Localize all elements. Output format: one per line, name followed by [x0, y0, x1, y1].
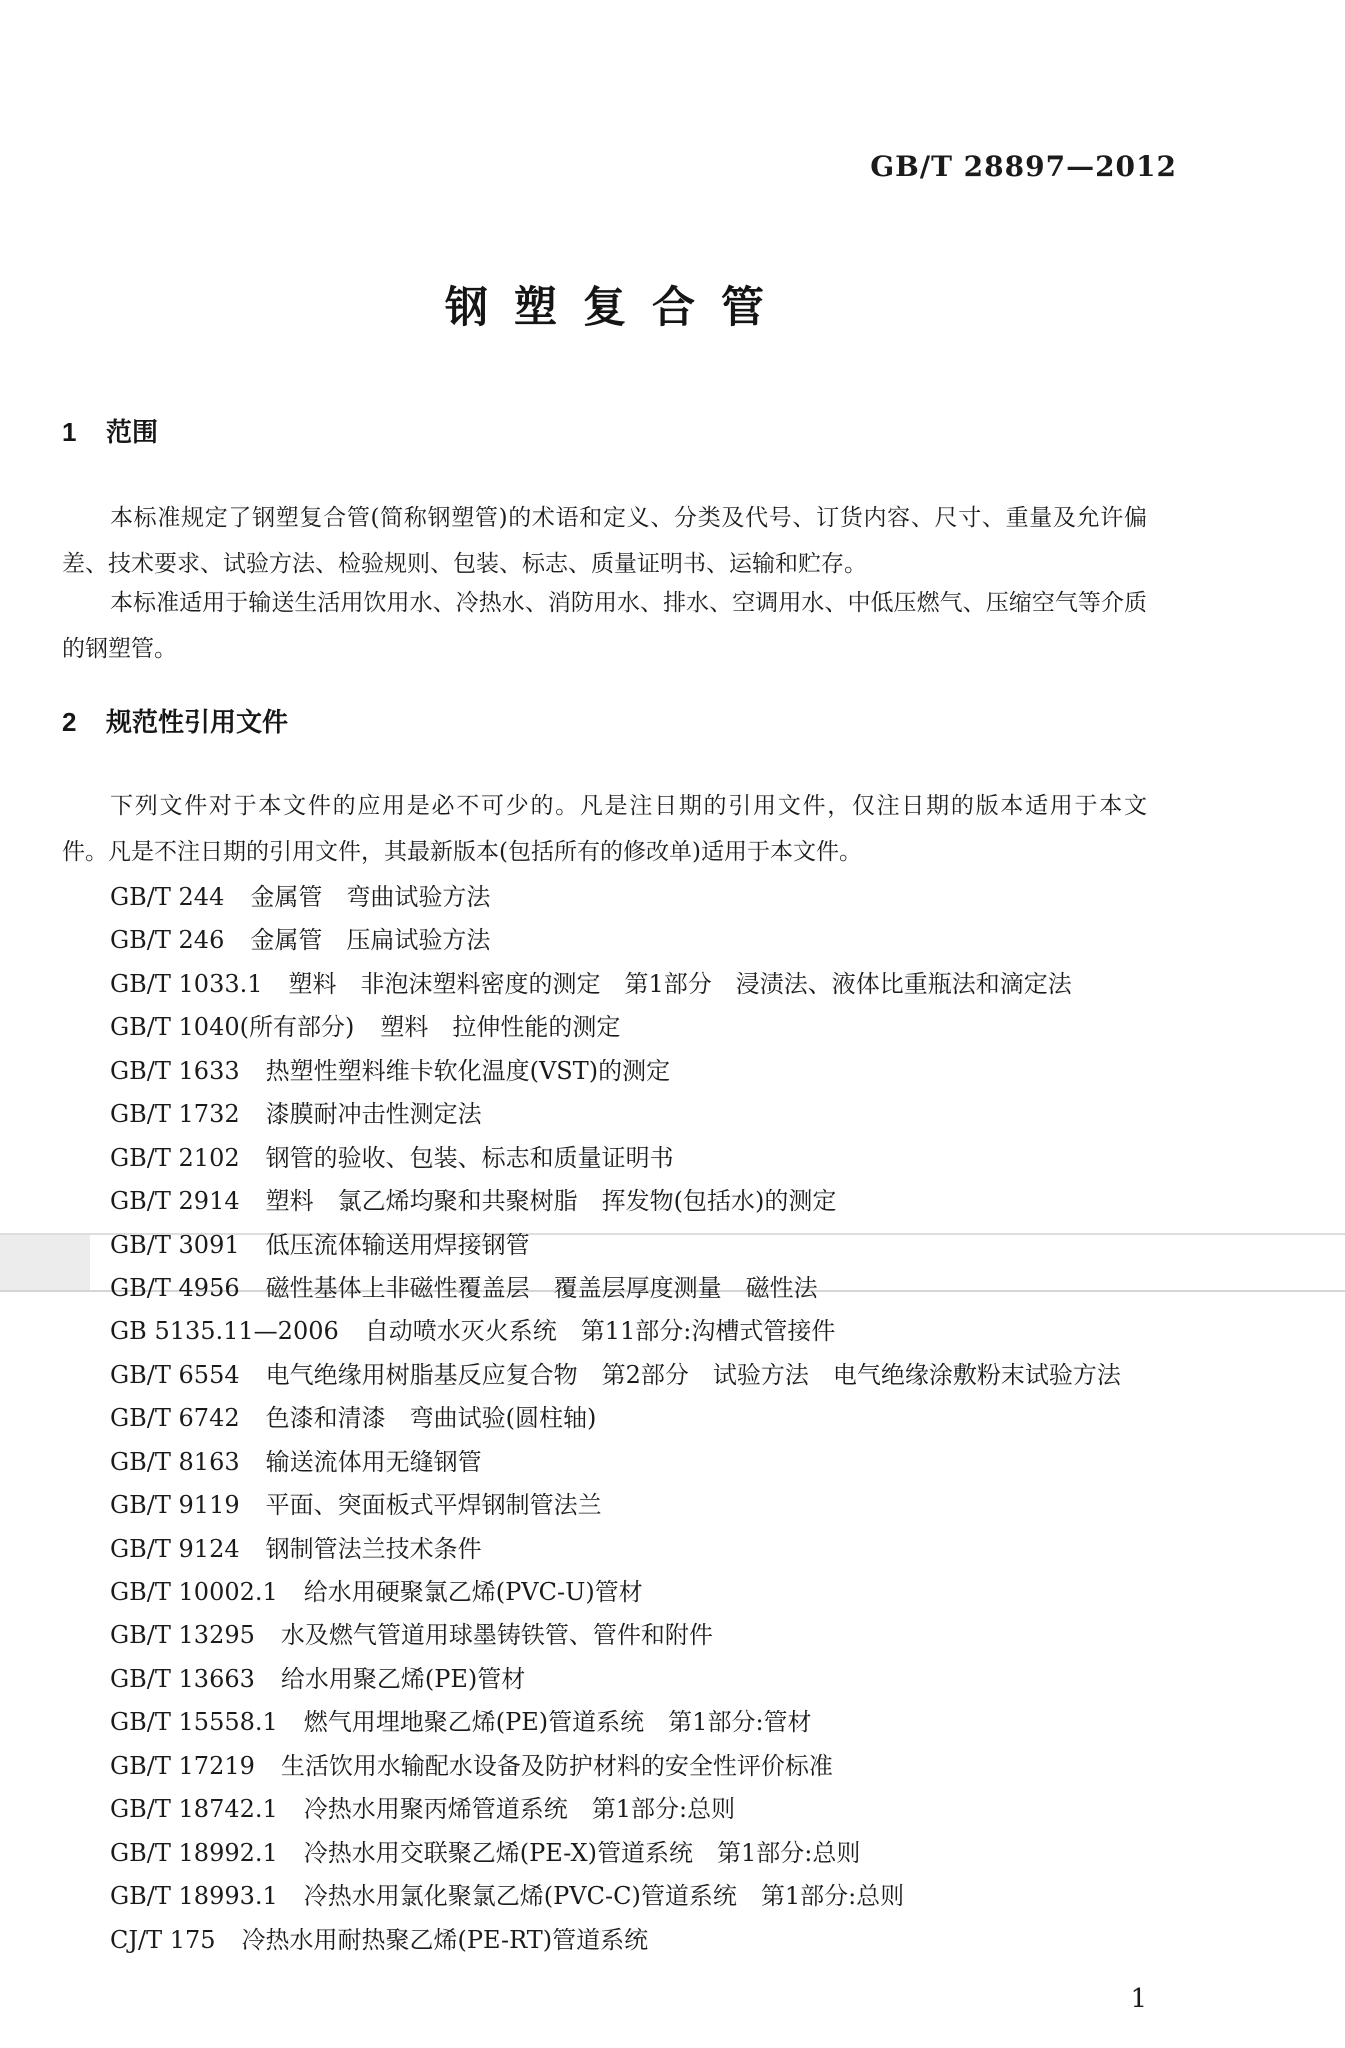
- reference-item: GB/T 1040(所有部分)塑料 拉伸性能的测定: [110, 1006, 1340, 1049]
- reference-code: GB/T 244: [110, 883, 224, 911]
- reference-title: 塑料 氯乙烯均聚和共聚树脂 挥发物(包括水)的测定: [266, 1187, 837, 1215]
- reference-code: CJ/T 175: [110, 1926, 216, 1954]
- reference-title: 塑料 拉伸性能的测定: [380, 1013, 620, 1041]
- paragraph-line: 本标准适用于输送生活用饮用水、冷热水、消防用水、排水、空调用水、中低压燃气、压缩…: [62, 580, 1147, 626]
- reference-title: 低压流体输送用焊接钢管: [266, 1231, 530, 1259]
- reference-title: 冷热水用耐热聚乙烯(PE-RT)管道系统: [242, 1926, 649, 1954]
- reference-item: GB/T 18993.1冷热水用氯化聚氯乙烯(PVC-C)管道系统 第1部分:总…: [110, 1875, 1340, 1918]
- reference-title: 燃气用埋地聚乙烯(PE)管道系统 第1部分:管材: [304, 1708, 812, 1736]
- reference-item: GB/T 3091低压流体输送用焊接钢管: [110, 1224, 1340, 1267]
- section-1-heading: 1范围: [62, 416, 1147, 448]
- reference-code: GB/T 18993.1: [110, 1882, 278, 1910]
- scan-artifact-patch: [0, 1234, 90, 1290]
- reference-code: GB/T 2102: [110, 1144, 240, 1172]
- reference-title: 磁性基体上非磁性覆盖层 覆盖层厚度测量 磁性法: [266, 1274, 818, 1302]
- reference-title: 给水用硬聚氯乙烯(PVC-U)管材: [304, 1578, 643, 1606]
- reference-title: 自动喷水灭火系统 第11部分:沟槽式管接件: [365, 1317, 836, 1345]
- reference-item: GB/T 4956磁性基体上非磁性覆盖层 覆盖层厚度测量 磁性法: [110, 1267, 1340, 1310]
- reference-code: GB 5135.11—2006: [110, 1317, 339, 1345]
- reference-title: 钢制管法兰技术条件: [266, 1535, 482, 1563]
- reference-item: GB/T 6554电气绝缘用树脂基反应复合物 第2部分 试验方法 电气绝缘涂敷粉…: [110, 1354, 1340, 1397]
- reference-item: GB/T 6742色漆和清漆 弯曲试验(圆柱轴): [110, 1397, 1340, 1440]
- reference-item: CJ/T 175冷热水用耐热聚乙烯(PE-RT)管道系统: [110, 1919, 1340, 1962]
- reference-title: 冷热水用聚丙烯管道系统 第1部分:总则: [304, 1795, 735, 1823]
- reference-code: GB/T 10002.1: [110, 1578, 278, 1606]
- reference-item: GB/T 246金属管 压扁试验方法: [110, 919, 1340, 962]
- reference-title: 冷热水用氯化聚氯乙烯(PVC-C)管道系统 第1部分:总则: [304, 1882, 904, 1910]
- reference-item: GB/T 17219生活饮用水输配水设备及防护材料的安全性评价标准: [110, 1745, 1340, 1788]
- reference-title: 热塑性塑料维卡软化温度(VST)的测定: [266, 1057, 671, 1085]
- reference-item: GB/T 10002.1给水用硬聚氯乙烯(PVC-U)管材: [110, 1571, 1340, 1614]
- section-1-heading-text: 范围: [106, 417, 158, 447]
- paragraph-line: 本标准规定了钢塑复合管(简称钢塑管)的术语和定义、分类及代号、订货内容、尺寸、重…: [62, 495, 1147, 541]
- reference-title: 输送流体用无缝钢管: [266, 1448, 482, 1476]
- reference-code: GB/T 8163: [110, 1448, 240, 1476]
- reference-title: 电气绝缘用树脂基反应复合物 第2部分 试验方法 电气绝缘涂敷粉末试验方法: [266, 1361, 1121, 1389]
- reference-title: 生活饮用水输配水设备及防护材料的安全性评价标准: [281, 1752, 833, 1780]
- reference-item: GB/T 13295水及燃气管道用球墨铸铁管、管件和附件: [110, 1614, 1340, 1657]
- reference-item: GB/T 1033.1塑料 非泡沫塑料密度的测定 第1部分 浸渍法、液体比重瓶法…: [110, 963, 1340, 1006]
- reference-item: GB/T 2102钢管的验收、包装、标志和质量证明书: [110, 1137, 1340, 1180]
- reference-code: GB/T 1732: [110, 1100, 240, 1128]
- reference-title: 冷热水用交联聚乙烯(PE-X)管道系统 第1部分:总则: [304, 1839, 861, 1867]
- reference-title: 色漆和清漆 弯曲试验(圆柱轴): [266, 1404, 597, 1432]
- reference-title: 漆膜耐冲击性测定法: [266, 1100, 482, 1128]
- section-2-heading: 2规范性引用文件: [62, 706, 1147, 738]
- reference-title: 金属管 压扁试验方法: [250, 926, 490, 954]
- reference-code: GB/T 3091: [110, 1231, 240, 1259]
- section-2-paragraph-1: 下列文件对于本文件的应用是必不可少的。凡是注日期的引用文件，仅注日期的版本适用于…: [62, 783, 1147, 875]
- reference-title: 平面、突面板式平焊钢制管法兰: [266, 1491, 602, 1519]
- reference-code: GB/T 13295: [110, 1621, 255, 1649]
- reference-item: GB/T 1732漆膜耐冲击性测定法: [110, 1093, 1340, 1136]
- reference-code: GB/T 4956: [110, 1274, 240, 1302]
- page-number: 1: [62, 1984, 1147, 2014]
- reference-item: GB/T 8163输送流体用无缝钢管: [110, 1441, 1340, 1484]
- reference-item: GB 5135.11—2006自动喷水灭火系统 第11部分:沟槽式管接件: [110, 1310, 1340, 1353]
- reference-code: GB/T 18742.1: [110, 1795, 278, 1823]
- reference-title: 钢管的验收、包装、标志和质量证明书: [266, 1144, 674, 1172]
- reference-title: 给水用聚乙烯(PE)管材: [281, 1665, 525, 1693]
- reference-code: GB/T 17219: [110, 1752, 255, 1780]
- section-2-number: 2: [62, 706, 106, 738]
- paragraph-line: 的钢塑管。: [62, 626, 1147, 672]
- section-1-number: 1: [62, 416, 106, 448]
- reference-code: GB/T 1033.1: [110, 970, 263, 998]
- page-title: 钢塑复合管: [62, 283, 1147, 333]
- reference-code: GB/T 13663: [110, 1665, 255, 1693]
- reference-item: GB/T 15558.1燃气用埋地聚乙烯(PE)管道系统 第1部分:管材: [110, 1701, 1340, 1744]
- reference-code: GB/T 1633: [110, 1057, 240, 1085]
- reference-item: GB/T 18742.1冷热水用聚丙烯管道系统 第1部分:总则: [110, 1788, 1340, 1831]
- section-1-paragraph-2: 本标准适用于输送生活用饮用水、冷热水、消防用水、排水、空调用水、中低压燃气、压缩…: [62, 580, 1147, 672]
- paragraph-line: 件。凡是不注日期的引用文件，其最新版本(包括所有的修改单)适用于本文件。: [62, 829, 1147, 875]
- reference-item: GB/T 18992.1冷热水用交联聚乙烯(PE-X)管道系统 第1部分:总则: [110, 1832, 1340, 1875]
- reference-title: 水及燃气管道用球墨铸铁管、管件和附件: [281, 1621, 713, 1649]
- reference-code: GB/T 1040(所有部分): [110, 1013, 354, 1041]
- reference-title: 金属管 弯曲试验方法: [250, 883, 490, 911]
- reference-title: 塑料 非泡沫塑料密度的测定 第1部分 浸渍法、液体比重瓶法和滴定法: [289, 970, 1072, 998]
- reference-code: GB/T 6742: [110, 1404, 240, 1432]
- reference-item: GB/T 13663给水用聚乙烯(PE)管材: [110, 1658, 1340, 1701]
- reference-item: GB/T 244金属管 弯曲试验方法: [110, 876, 1340, 919]
- section-1-paragraph-1: 本标准规定了钢塑复合管(简称钢塑管)的术语和定义、分类及代号、订货内容、尺寸、重…: [62, 495, 1147, 587]
- reference-item: GB/T 9124钢制管法兰技术条件: [110, 1528, 1340, 1571]
- section-2-heading-text: 规范性引用文件: [106, 707, 288, 737]
- reference-code: GB/T 9124: [110, 1535, 240, 1563]
- references-list: GB/T 244金属管 弯曲试验方法GB/T 246金属管 压扁试验方法GB/T…: [110, 876, 1340, 1962]
- reference-code: GB/T 2914: [110, 1187, 240, 1215]
- reference-item: GB/T 2914塑料 氯乙烯均聚和共聚树脂 挥发物(包括水)的测定: [110, 1180, 1340, 1223]
- reference-item: GB/T 1633热塑性塑料维卡软化温度(VST)的测定: [110, 1050, 1340, 1093]
- standard-code-header: GB/T 28897—2012: [62, 150, 1177, 183]
- reference-code: GB/T 246: [110, 926, 224, 954]
- paragraph-line: 下列文件对于本文件的应用是必不可少的。凡是注日期的引用文件，仅注日期的版本适用于…: [62, 783, 1147, 829]
- reference-code: GB/T 9119: [110, 1491, 240, 1519]
- reference-item: GB/T 9119平面、突面板式平焊钢制管法兰: [110, 1484, 1340, 1527]
- reference-code: GB/T 15558.1: [110, 1708, 278, 1736]
- reference-code: GB/T 18992.1: [110, 1839, 278, 1867]
- reference-code: GB/T 6554: [110, 1361, 240, 1389]
